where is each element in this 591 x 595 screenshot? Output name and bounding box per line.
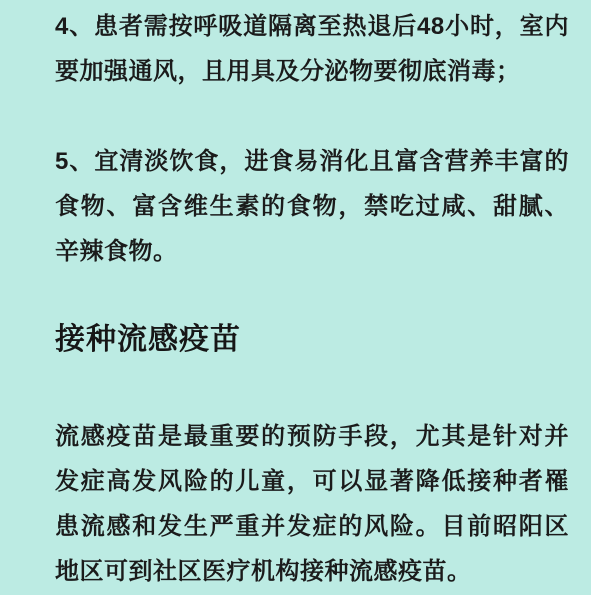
vaccine-info-paragraph: 流感疫苗是最重要的预防手段，尤其是针对并发症高发风险的儿童，可以显著降低接种者罹… xyxy=(55,414,569,594)
list-item-4: 4、患者需按呼吸道隔离至热退后48小时，室内要加强通风，且用具及分泌物要彻底消毒… xyxy=(55,4,569,94)
health-infographic-page: 4、患者需按呼吸道隔离至热退后48小时，室内要加强通风，且用具及分泌物要彻底消毒… xyxy=(0,0,591,595)
list-item-5: 5、宜清淡饮食，进食易消化且富含营养丰富的食物、富含维生素的食物，禁吃过咸、甜腻… xyxy=(55,139,569,274)
section-heading-vaccination: 接种流感疫苗 xyxy=(55,317,569,362)
